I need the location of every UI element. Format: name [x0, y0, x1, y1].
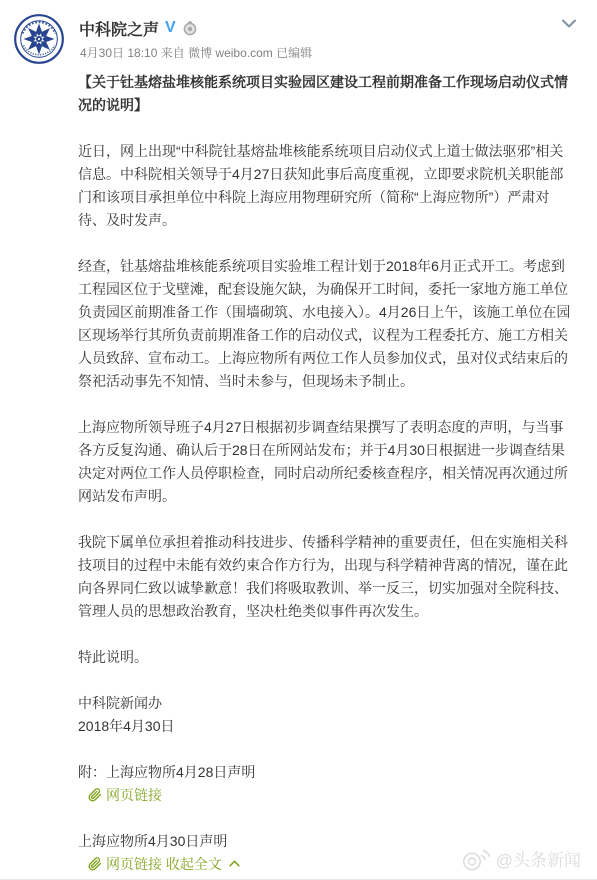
post-title: 【关于钍基熔盐堆核能系统项目实验园区建设工程前期准备工作现场启动仪式情况的说明】: [78, 71, 575, 117]
post-meta: 4月30日 18:10 来自 微博 weibo.com 已编辑: [80, 44, 312, 61]
webpage-link[interactable]: 网页链接: [106, 787, 162, 803]
attachment-link-line: 网页链接: [88, 784, 575, 807]
post-paragraph: 上海应物所领导班子4月27日根据初步调查结果撰写了表明态度的声明，与当事各方反复…: [78, 416, 575, 508]
attachment-label: 附：上海应物所4月28日声明: [78, 764, 255, 780]
post-paragraph: 我院下属单位承担着推动科技进步、传播科学精神的重要责任，但在实施相关科技项目的过…: [78, 531, 575, 623]
screen-name[interactable]: 中科院之声: [79, 17, 159, 40]
source-link[interactable]: 微博 weibo.com: [188, 46, 273, 60]
attachment-block: 上海应物所4月30日声明网页链接 收起全文: [78, 830, 575, 876]
post-paragraph: 近日，网上出现“中科院钍基熔盐堆核能系统项目启动仪式上道士做法驱邪”相关信息。中…: [78, 140, 575, 232]
post-paragraph: 中科院新闻办 2018年4月30日: [78, 692, 575, 738]
chevron-down-icon[interactable]: [561, 18, 577, 29]
user-header: 中科院之声 V: [79, 17, 198, 39]
paperclip-icon: [88, 788, 102, 802]
webpage-link[interactable]: 网页链接: [106, 856, 162, 872]
member-icon: [182, 20, 198, 36]
avatar[interactable]: [14, 14, 64, 64]
post-paragraph: 特此说明。: [78, 646, 575, 669]
attachment-link-line: 网页链接 收起全文: [88, 853, 575, 876]
cas-logo-icon: [14, 14, 64, 64]
verified-badge-icon: V: [165, 20, 176, 36]
source-prefix: 来自: [161, 46, 185, 60]
collapse-full-text-link[interactable]: 收起全文: [166, 856, 222, 872]
timestamp: 4月30日 18:10: [80, 46, 157, 60]
paperclip-icon: [88, 857, 102, 871]
post-content: 【关于钍基熔盐堆核能系统项目实验园区建设工程前期准备工作现场启动仪式情况的说明】…: [78, 71, 575, 876]
chevron-up-icon[interactable]: [228, 857, 241, 870]
edited-label: 已编辑: [276, 46, 312, 60]
post-paragraph: 经查，钍基熔盐堆核能系统项目实验堆工程计划于2018年6月正式开工。考虑到工程园…: [78, 255, 575, 393]
attachment-block: 附：上海应物所4月28日声明网页链接: [78, 761, 575, 807]
attachment-label: 上海应物所4月30日声明: [78, 833, 227, 849]
weibo-post-card: 中科院之声 V 4月30日 18:10 来自 微博 weibo.com 已编辑 …: [0, 0, 597, 880]
